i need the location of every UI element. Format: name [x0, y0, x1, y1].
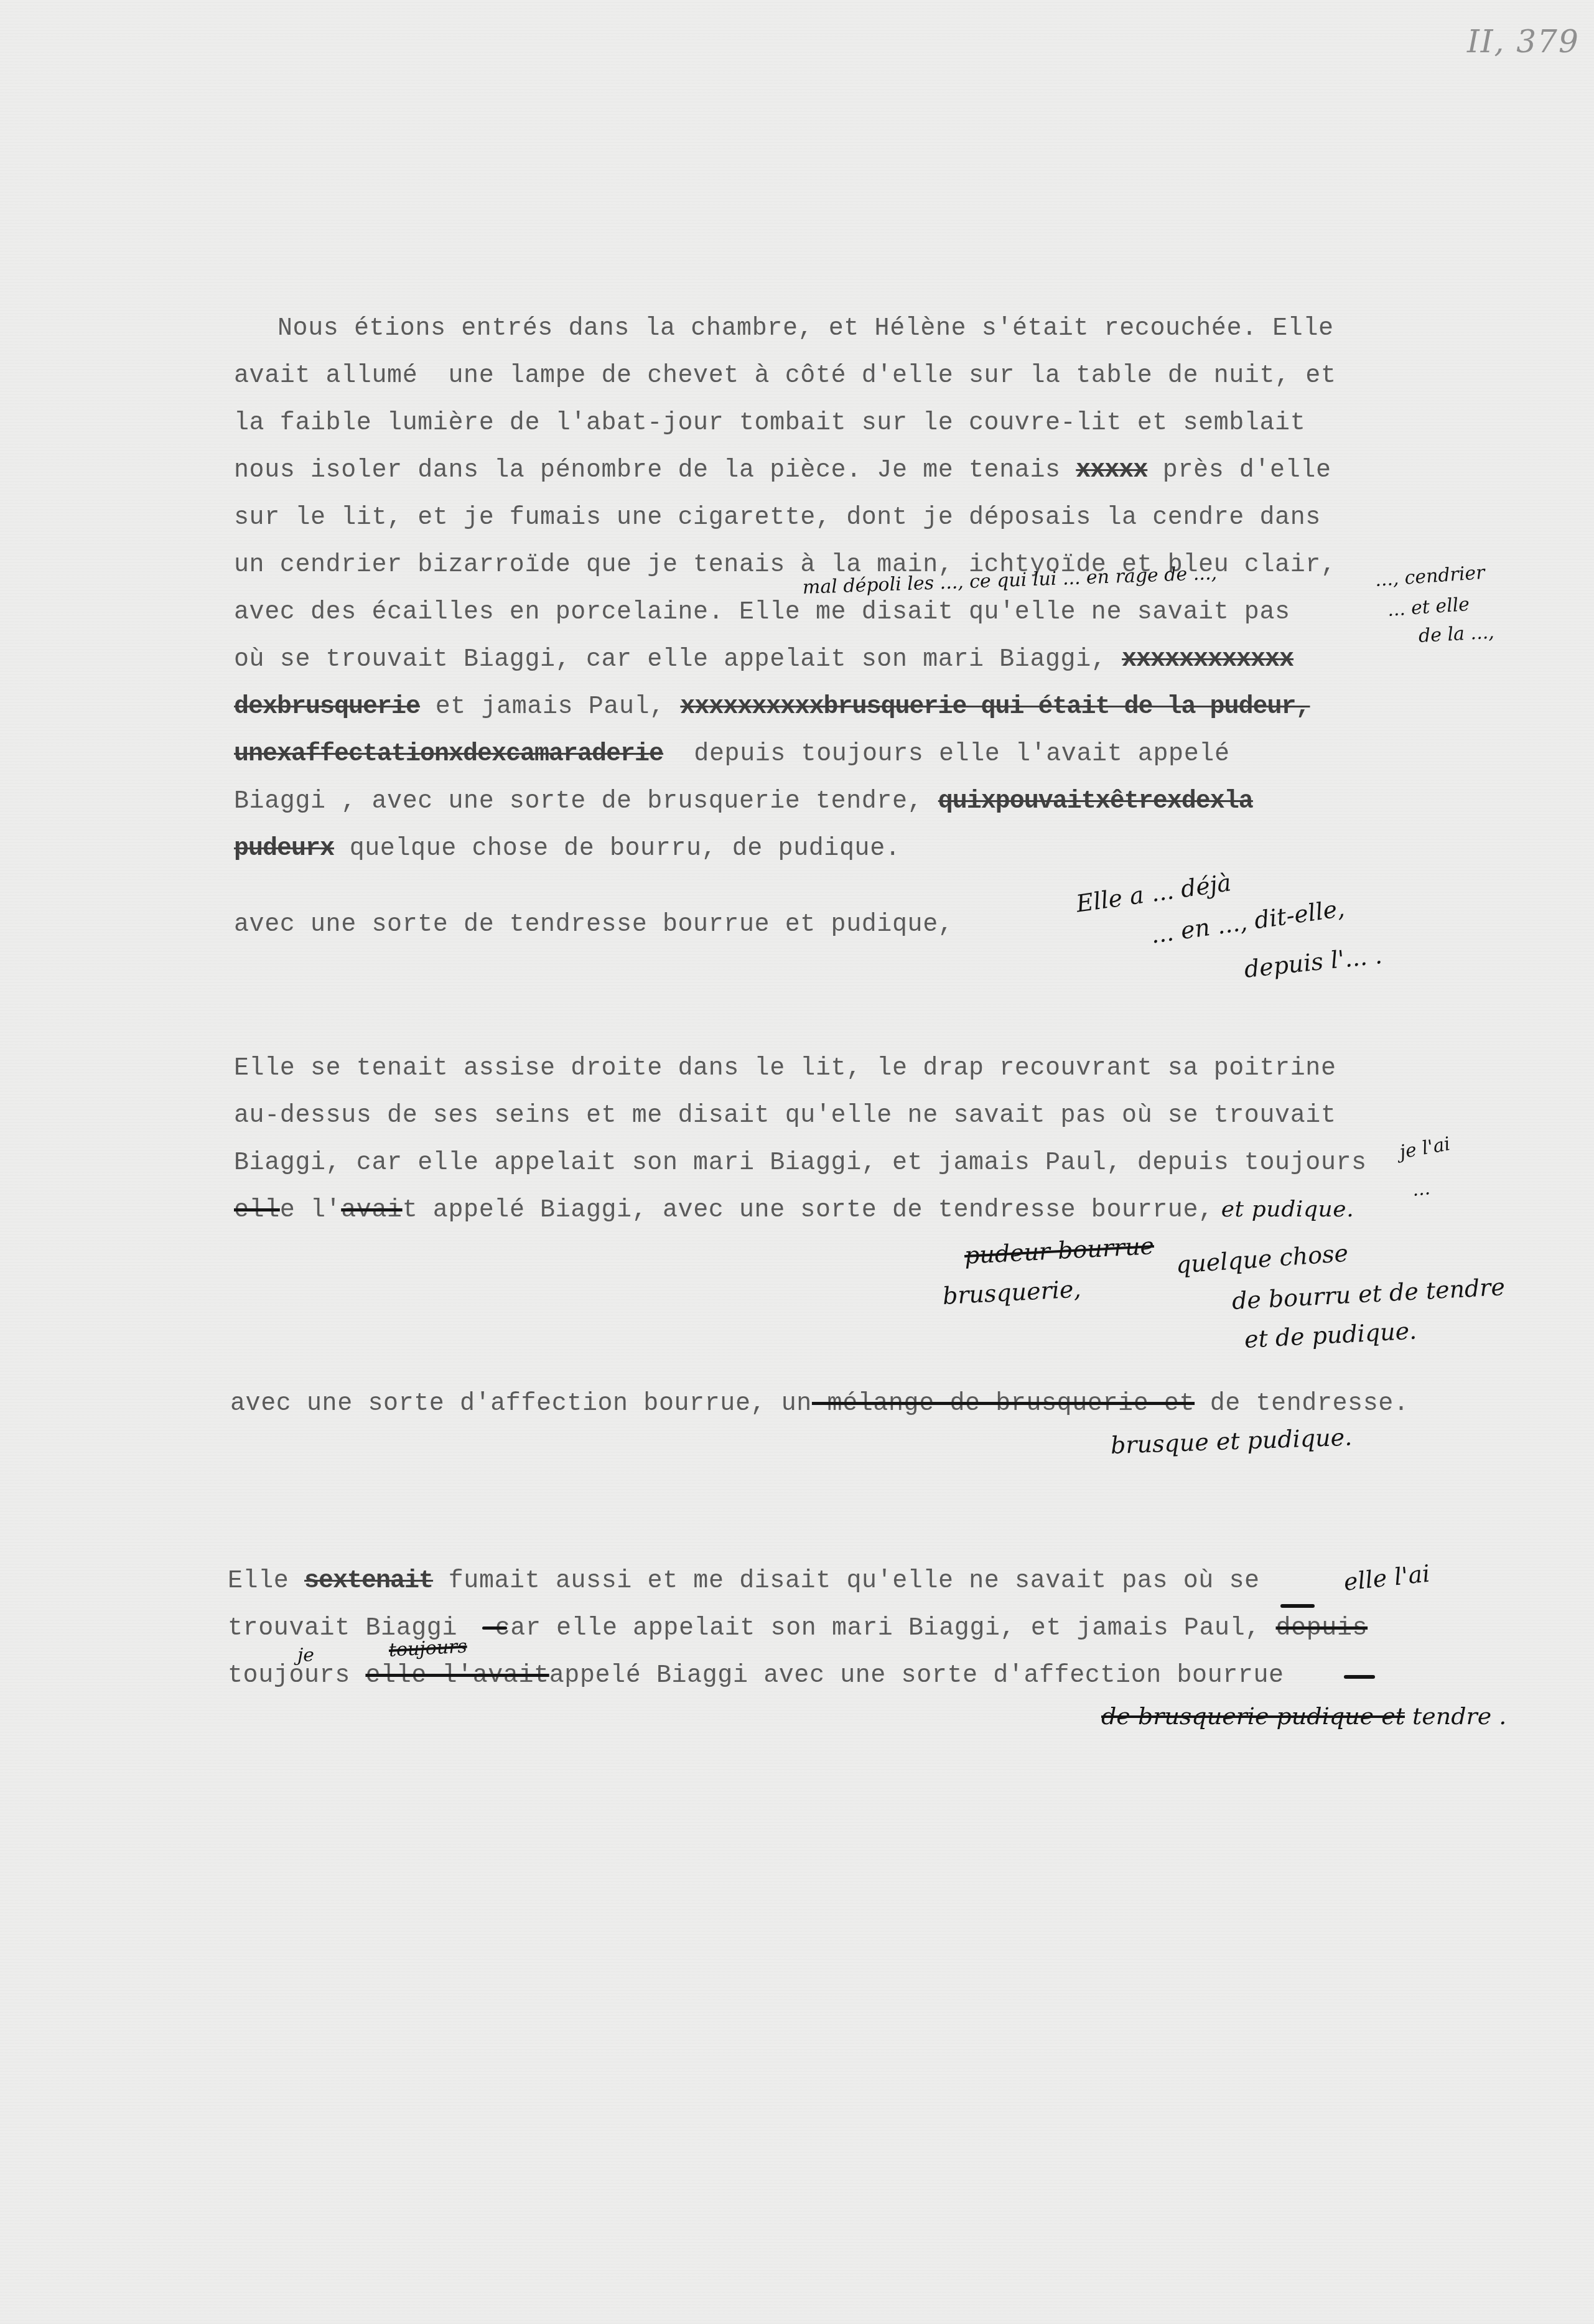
typed-line: toujours elle l'avaitappelé Biaggi avec …: [228, 1661, 1284, 1692]
folio-number: II, 379: [1467, 24, 1580, 60]
typed-line: nous isoler dans la pénombre de la pièce…: [234, 455, 1331, 487]
typed-xout: xxxxxxxxxxbrusquerie qui était de la pud…: [680, 693, 1310, 721]
handwritten-margin-note: ...: [1411, 1174, 1432, 1205]
typed-line: unexaffectationxdexcamaraderie depuis to…: [234, 739, 1229, 770]
typed-xout: quixpouvaitxêtrexdexla: [938, 788, 1253, 816]
struck-text: ell: [234, 1197, 280, 1225]
typed-xout: dexbrusquerie: [234, 693, 420, 721]
typed-line: sur le lit, et je fumais une cigarette, …: [234, 503, 1321, 534]
typed-line: dexbrusquerie et jamais Paul, xxxxxxxxxx…: [234, 692, 1310, 723]
ink-dash-mark: [1344, 1675, 1375, 1679]
typed-line: Biaggi, car elle appelait son mari Biagg…: [234, 1148, 1367, 1179]
typed-line: au-dessus de ses seins et me disait qu'e…: [234, 1101, 1336, 1132]
handwritten-note: de brusquerie pudique et tendre .: [1101, 1702, 1506, 1730]
handwritten-note: quelque chose: [1175, 1239, 1349, 1279]
handwritten-note: de bourru et de tendre: [1231, 1272, 1506, 1315]
typed-line: Biaggi , avec une sorte de brusquerie te…: [234, 786, 1253, 818]
handwritten-insertion: elle l'ai: [1343, 1559, 1432, 1597]
handwritten-note: Elle a ... déjà: [1074, 868, 1233, 918]
handwritten-margin-note: ..., cendrier: [1374, 559, 1486, 595]
struck-text: mélange de brusquerie et: [812, 1390, 1195, 1418]
handwritten-insertion: et pudique.: [1214, 1197, 1354, 1222]
handwritten-note: brusque et pudique.: [1110, 1422, 1353, 1460]
typed-line: Nous étions entrés dans la chambre, et H…: [277, 314, 1334, 345]
handwritten-note: et de pudique.: [1244, 1317, 1417, 1354]
handwritten-note: brusquerie,: [942, 1274, 1082, 1310]
struck-text: elle l'avait: [365, 1662, 549, 1690]
handwritten-struck-note: de brusquerie pudique et: [1101, 1702, 1405, 1730]
typed-line: pudeurx quelque chose de bourru, de pudi…: [234, 834, 900, 865]
typed-line: Elle sextenait fumait aussi et me disait…: [228, 1566, 1260, 1597]
handwritten-margin-note: de la ...,: [1418, 618, 1495, 651]
typed-line: avec une sorte d'affection bourrue, un m…: [230, 1389, 1409, 1420]
ink-dash-mark: [482, 1626, 507, 1630]
typed-line: Elle se tenait assise droite dans le lit…: [234, 1053, 1336, 1085]
typed-line: avec une sorte de tendresse bourrue et p…: [234, 910, 953, 941]
typed-xout: xxxxx: [1076, 457, 1147, 485]
typed-xout: pudeurx: [234, 835, 334, 863]
typed-xout: sextenait: [304, 1567, 433, 1595]
typed-line: avait allumé une lampe de chevet à côté …: [234, 361, 1336, 392]
typed-line: où se trouvait Biaggi, car elle appelait…: [234, 645, 1293, 676]
typed-xout: xxxxxxxxxxxx: [1122, 646, 1293, 674]
handwritten-struck-note: pudeur bourrue: [964, 1231, 1155, 1270]
typed-line: avec des écailles en porcelaine. Elle me…: [234, 597, 1290, 628]
handwritten-insertion: je: [297, 1641, 314, 1670]
ink-dash-mark: [1280, 1604, 1315, 1608]
typed-line: la faible lumière de l'abat-jour tombait…: [234, 408, 1305, 439]
handwritten-margin-note: je l'ai: [1397, 1130, 1453, 1167]
handwritten-insertion: toujours: [388, 1632, 468, 1665]
struck-text: avai: [341, 1197, 402, 1225]
typed-xout: unexaffectationxdexcamaraderie: [234, 740, 663, 768]
handwritten-note: depuis l'... .: [1243, 941, 1384, 984]
struck-text: depuis: [1275, 1615, 1368, 1643]
typed-line: elle l'avait appelé Biaggi, avec une sor…: [234, 1195, 1354, 1226]
